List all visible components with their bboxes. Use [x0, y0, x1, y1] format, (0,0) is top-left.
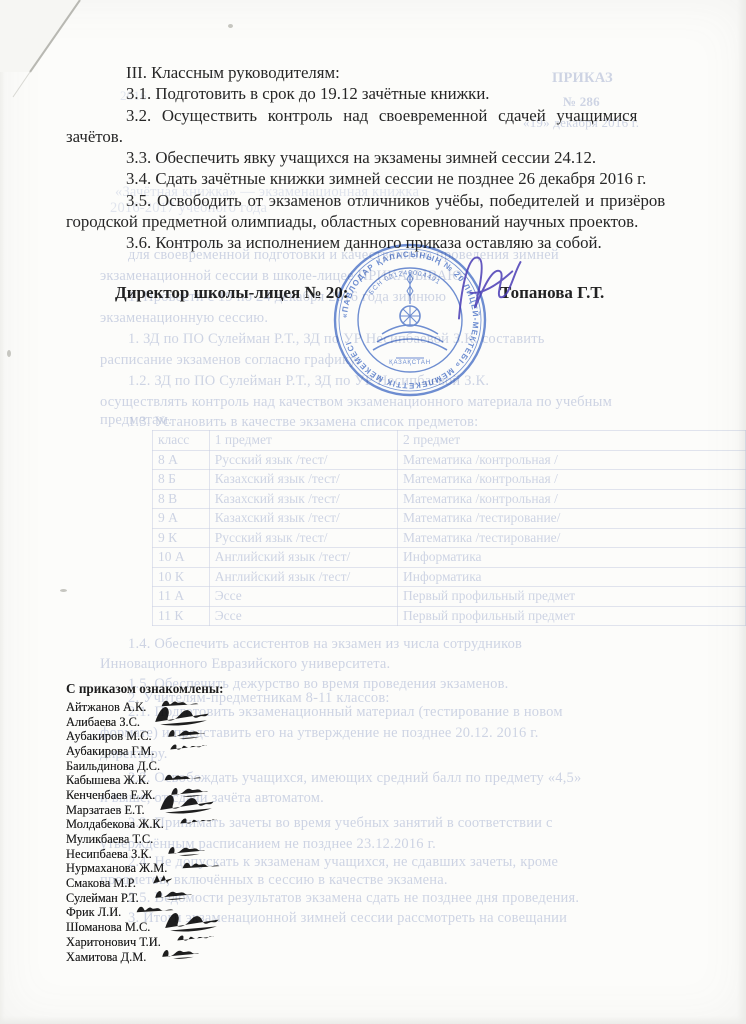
ghost-table-cell: Математика /контрольная / [397, 450, 745, 470]
acknowledgement-heading: С приказом ознакомлены: [66, 681, 228, 697]
ack-person-name: Хамитова Д.М. [66, 950, 146, 965]
person-signature-icon [157, 908, 225, 933]
ack-person-name: Несипбаева З.К. [66, 847, 152, 862]
ghost-table-cell: Первый профильный предмет [397, 606, 745, 626]
ghost-table-cell: Первый профильный предмет [397, 587, 745, 607]
ghost-table-header-row: класс1 предмет2 предмет [153, 431, 746, 451]
ghost-table-cell: 11 А [153, 587, 210, 607]
person-signature-icon [152, 790, 220, 815]
ghost-table-row: 11 КЭссеПервый профильный предмет [153, 606, 746, 626]
ghost-table-cell: Английский язык /тест/ [209, 548, 397, 568]
person-signature-icon [159, 843, 213, 858]
ghost-table-cell: Математика /контрольная / [397, 470, 745, 490]
order-line: 3.4. Сдать зачётные книжки зимней сессии… [66, 168, 687, 189]
ghost-table-cell: 10 А [153, 548, 210, 568]
ghost-table-cell: Русский язык /тест/ [209, 528, 397, 548]
ghost-table-cell: 8 В [153, 489, 210, 509]
acknowledgement-section: С приказом ознакомлены: Айтжанов А.К.Али… [66, 681, 228, 964]
ghost-table-cell: Английский язык /тест/ [209, 567, 397, 587]
order-line: 3.1. Подготовить в срок до 19.12 зачётны… [66, 83, 687, 104]
ghost-line: экзаменационную сессию. [100, 310, 268, 327]
ghost-table-row: 10 КАнглийский язык /тест/Информатика [153, 567, 746, 587]
ghost-table-cell: класс [153, 431, 210, 451]
ack-person-name: Фрик Л.И. [66, 905, 121, 920]
order-line: 3.2. Осуществить контроль над своевремен… [66, 105, 687, 126]
ghost-table-row: 9 КРусский язык /тест/Математика /тестир… [153, 528, 746, 548]
ghost-table-cell: Математика /контрольная / [397, 489, 745, 509]
person-signature-icon [153, 946, 207, 961]
ack-person-name: Молдабекова Ж.К. [66, 817, 164, 832]
order-line: III. Классным руководителям: [66, 62, 687, 83]
ghost-table-cell: Эссе [209, 606, 397, 626]
ghost-table-row: 11 АЭссеПервый профильный предмет [153, 587, 746, 607]
person-signature-icon [171, 814, 225, 829]
ghost-table-cell: Математика /тестирование/ [397, 528, 745, 548]
ack-person-name: Баильдинова Д.С. [66, 759, 160, 774]
person-signature-icon [168, 931, 222, 946]
ghost-table-cell: Русский язык /тест/ [209, 450, 397, 470]
order-body: III. Классным руководителям:3.1. Подгото… [66, 62, 687, 254]
person-signature-icon [147, 702, 215, 727]
ghost-table-row: 8 АРусский язык /тест/Математика /контро… [153, 450, 746, 470]
ghost-table-cell: Информатика [397, 548, 745, 568]
stamp-country-text: ҚАЗАҚСТАН [389, 360, 431, 366]
ack-person-name: Марзатаев Е.Т. [66, 803, 145, 818]
ack-person-name: Харитонович Т.И. [66, 935, 161, 950]
ghost-table-cell: Казахский язык /тест/ [209, 509, 397, 529]
scanned-order-page: класс1 предмет2 предмет8 АРусский язык /… [0, 0, 746, 1024]
ghost-table-cell: 10 К [153, 567, 210, 587]
ghost-table-cell: Казахский язык /тест/ [209, 470, 397, 490]
ack-name-row: Молдабекова Ж.К. [66, 818, 228, 833]
ghost-table-cell: Казахский язык /тест/ [209, 489, 397, 509]
ghost-table-row: 8 ВКазахский язык /тест/Математика /конт… [153, 489, 746, 509]
ghost-table-cell: Математика /тестирование/ [397, 509, 745, 529]
ghost-line: 1.3. Установить в качестве экзамена спис… [128, 414, 478, 431]
ghost-table-cell: 8 А [153, 450, 210, 470]
order-line: зачётов. [66, 126, 687, 147]
ghost-table-row: 8 БКазахский язык /тест/Математика /конт… [153, 470, 746, 490]
ack-person-name: Аубакиров М.С. [66, 729, 152, 744]
ghost-line: Инновационного Евразийского университета… [100, 656, 390, 673]
person-signature-icon [161, 740, 215, 755]
ack-person-name: Смакова М.Р. [66, 876, 136, 891]
ack-person-name: Шоманова М.С. [66, 920, 150, 935]
ack-person-name: Аубакирова Г.М. [66, 744, 154, 759]
ack-name-row: Аубакирова Г.М. [66, 744, 228, 759]
person-signature-icon [156, 770, 210, 785]
ack-person-name: Кенченбаев Е.Ж. [66, 788, 155, 803]
director-label: Директор школы-лицея № 20: [115, 283, 348, 303]
ack-name-row: Хамитова Д.М. [66, 950, 228, 965]
ack-person-name: Алибаева З.С. [66, 715, 140, 730]
ghost-exam-subjects-table: класс1 предмет2 предмет8 АРусский язык /… [152, 430, 746, 626]
acknowledgement-list: Айтжанов А.К.Алибаева З.С.Аубакиров М.С.… [66, 700, 228, 964]
order-line: городской предметной олимпиады, областны… [66, 211, 687, 232]
svg-text:БСН 021240004491: БСН 021240004491 [368, 270, 442, 296]
ghost-table-cell: Информатика [397, 567, 745, 587]
stamp-bsn-text: БСН 021240004491 [368, 270, 442, 296]
ghost-table-row: 9 АКазахский язык /тест/Математика /тест… [153, 509, 746, 529]
ghost-table-cell: 9 К [153, 528, 210, 548]
ghost-table-cell: Эссе [209, 587, 397, 607]
ghost-table-row: 10 ААнглийский язык /тест/Информатика [153, 548, 746, 568]
ghost-table-cell: 8 Б [153, 470, 210, 490]
order-line: 3.5. Освободить от экзаменов отличников … [66, 190, 687, 211]
ghost-line: 1.4. Обеспечить ассистентов на экзамен и… [128, 636, 522, 653]
person-signature-icon [143, 872, 181, 886]
ghost-table-cell: 9 А [153, 509, 210, 529]
person-signature-icon [174, 858, 228, 873]
ghost-line: расписание экзаменов согласно графику. [100, 352, 359, 369]
director-signature-icon [436, 239, 537, 333]
person-signature-icon [146, 887, 200, 902]
ghost-table-cell: 11 К [153, 606, 210, 626]
ack-person-name: Айтжанов А.К. [66, 700, 146, 715]
person-signature-icon [159, 726, 213, 741]
ghost-table-cell: 2 предмет [397, 431, 745, 451]
ghost-table-cell: 1 предмет [209, 431, 397, 451]
ack-person-name: Кабышева Ж.К. [66, 773, 149, 788]
order-line: 3.3. Обеспечить явку учащихся на экзамен… [66, 147, 687, 168]
ack-person-name: Муликбаева Т.С. [66, 832, 153, 847]
